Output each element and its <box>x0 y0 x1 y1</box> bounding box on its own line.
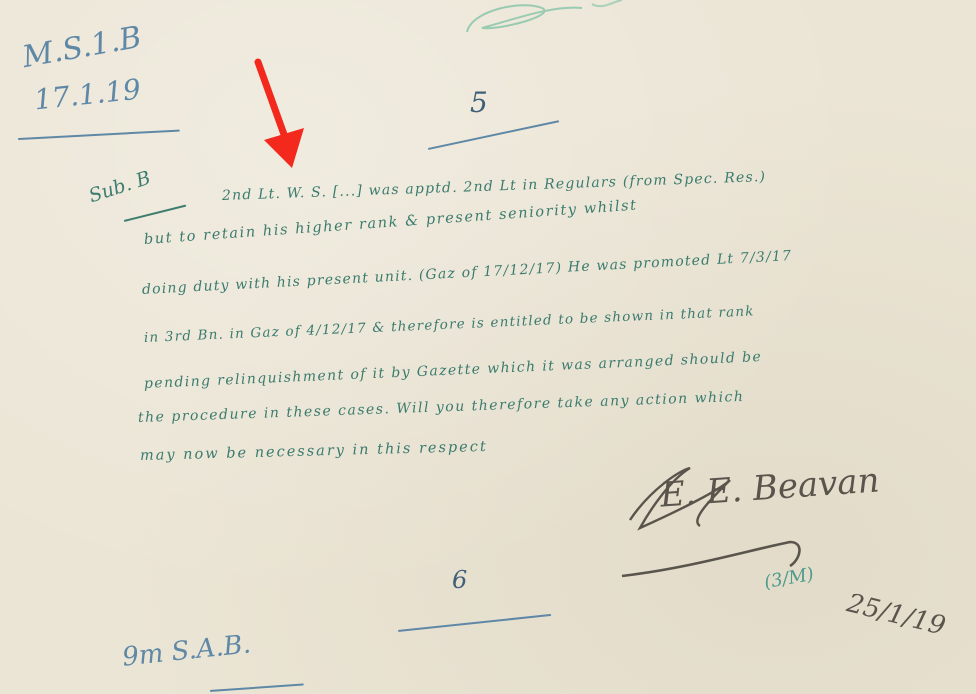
minute-line-7: may now be necessary in this respect <box>140 439 488 464</box>
minute-line-6: the procedure in these cases. Will you t… <box>138 389 745 426</box>
faded-stamp-scrawl <box>462 0 632 40</box>
page-number-bottom-underline <box>398 614 551 632</box>
minute-line-4: in 3rd Bn. in Gaz of 4/12/17 & therefore… <box>144 303 755 346</box>
signature-date: 25/1/19 <box>844 588 949 641</box>
minute-addressee: Sub. B <box>86 167 153 208</box>
minute-line-1: 2nd Lt. W. S. [...] was apptd. 2nd Lt in… <box>222 169 767 204</box>
bottom-left-note: 9m S.A.B. <box>121 629 252 672</box>
top-left-reference: M.S.1.B <box>20 20 144 75</box>
page-number-bottom: 6 <box>452 566 467 594</box>
bottom-left-underline <box>210 683 304 692</box>
addressee-underline <box>124 205 187 222</box>
minute-line-5: pending relinquishment of it by Gazette … <box>144 349 763 392</box>
page-number-top: 5 <box>470 86 488 119</box>
minute-line-3: doing duty with his present unit. (Gaz o… <box>142 248 793 298</box>
document-page: M.S.1.B 17.1.19 5 Sub. B 2nd Lt. W. S. [… <box>0 0 976 694</box>
page-number-top-underline <box>428 120 559 150</box>
minute-line-2: but to retain his higher rank & present … <box>143 198 638 248</box>
top-left-date: 17.1.19 <box>33 73 143 117</box>
top-left-underline <box>18 130 180 140</box>
red-arrow-icon <box>252 58 312 170</box>
